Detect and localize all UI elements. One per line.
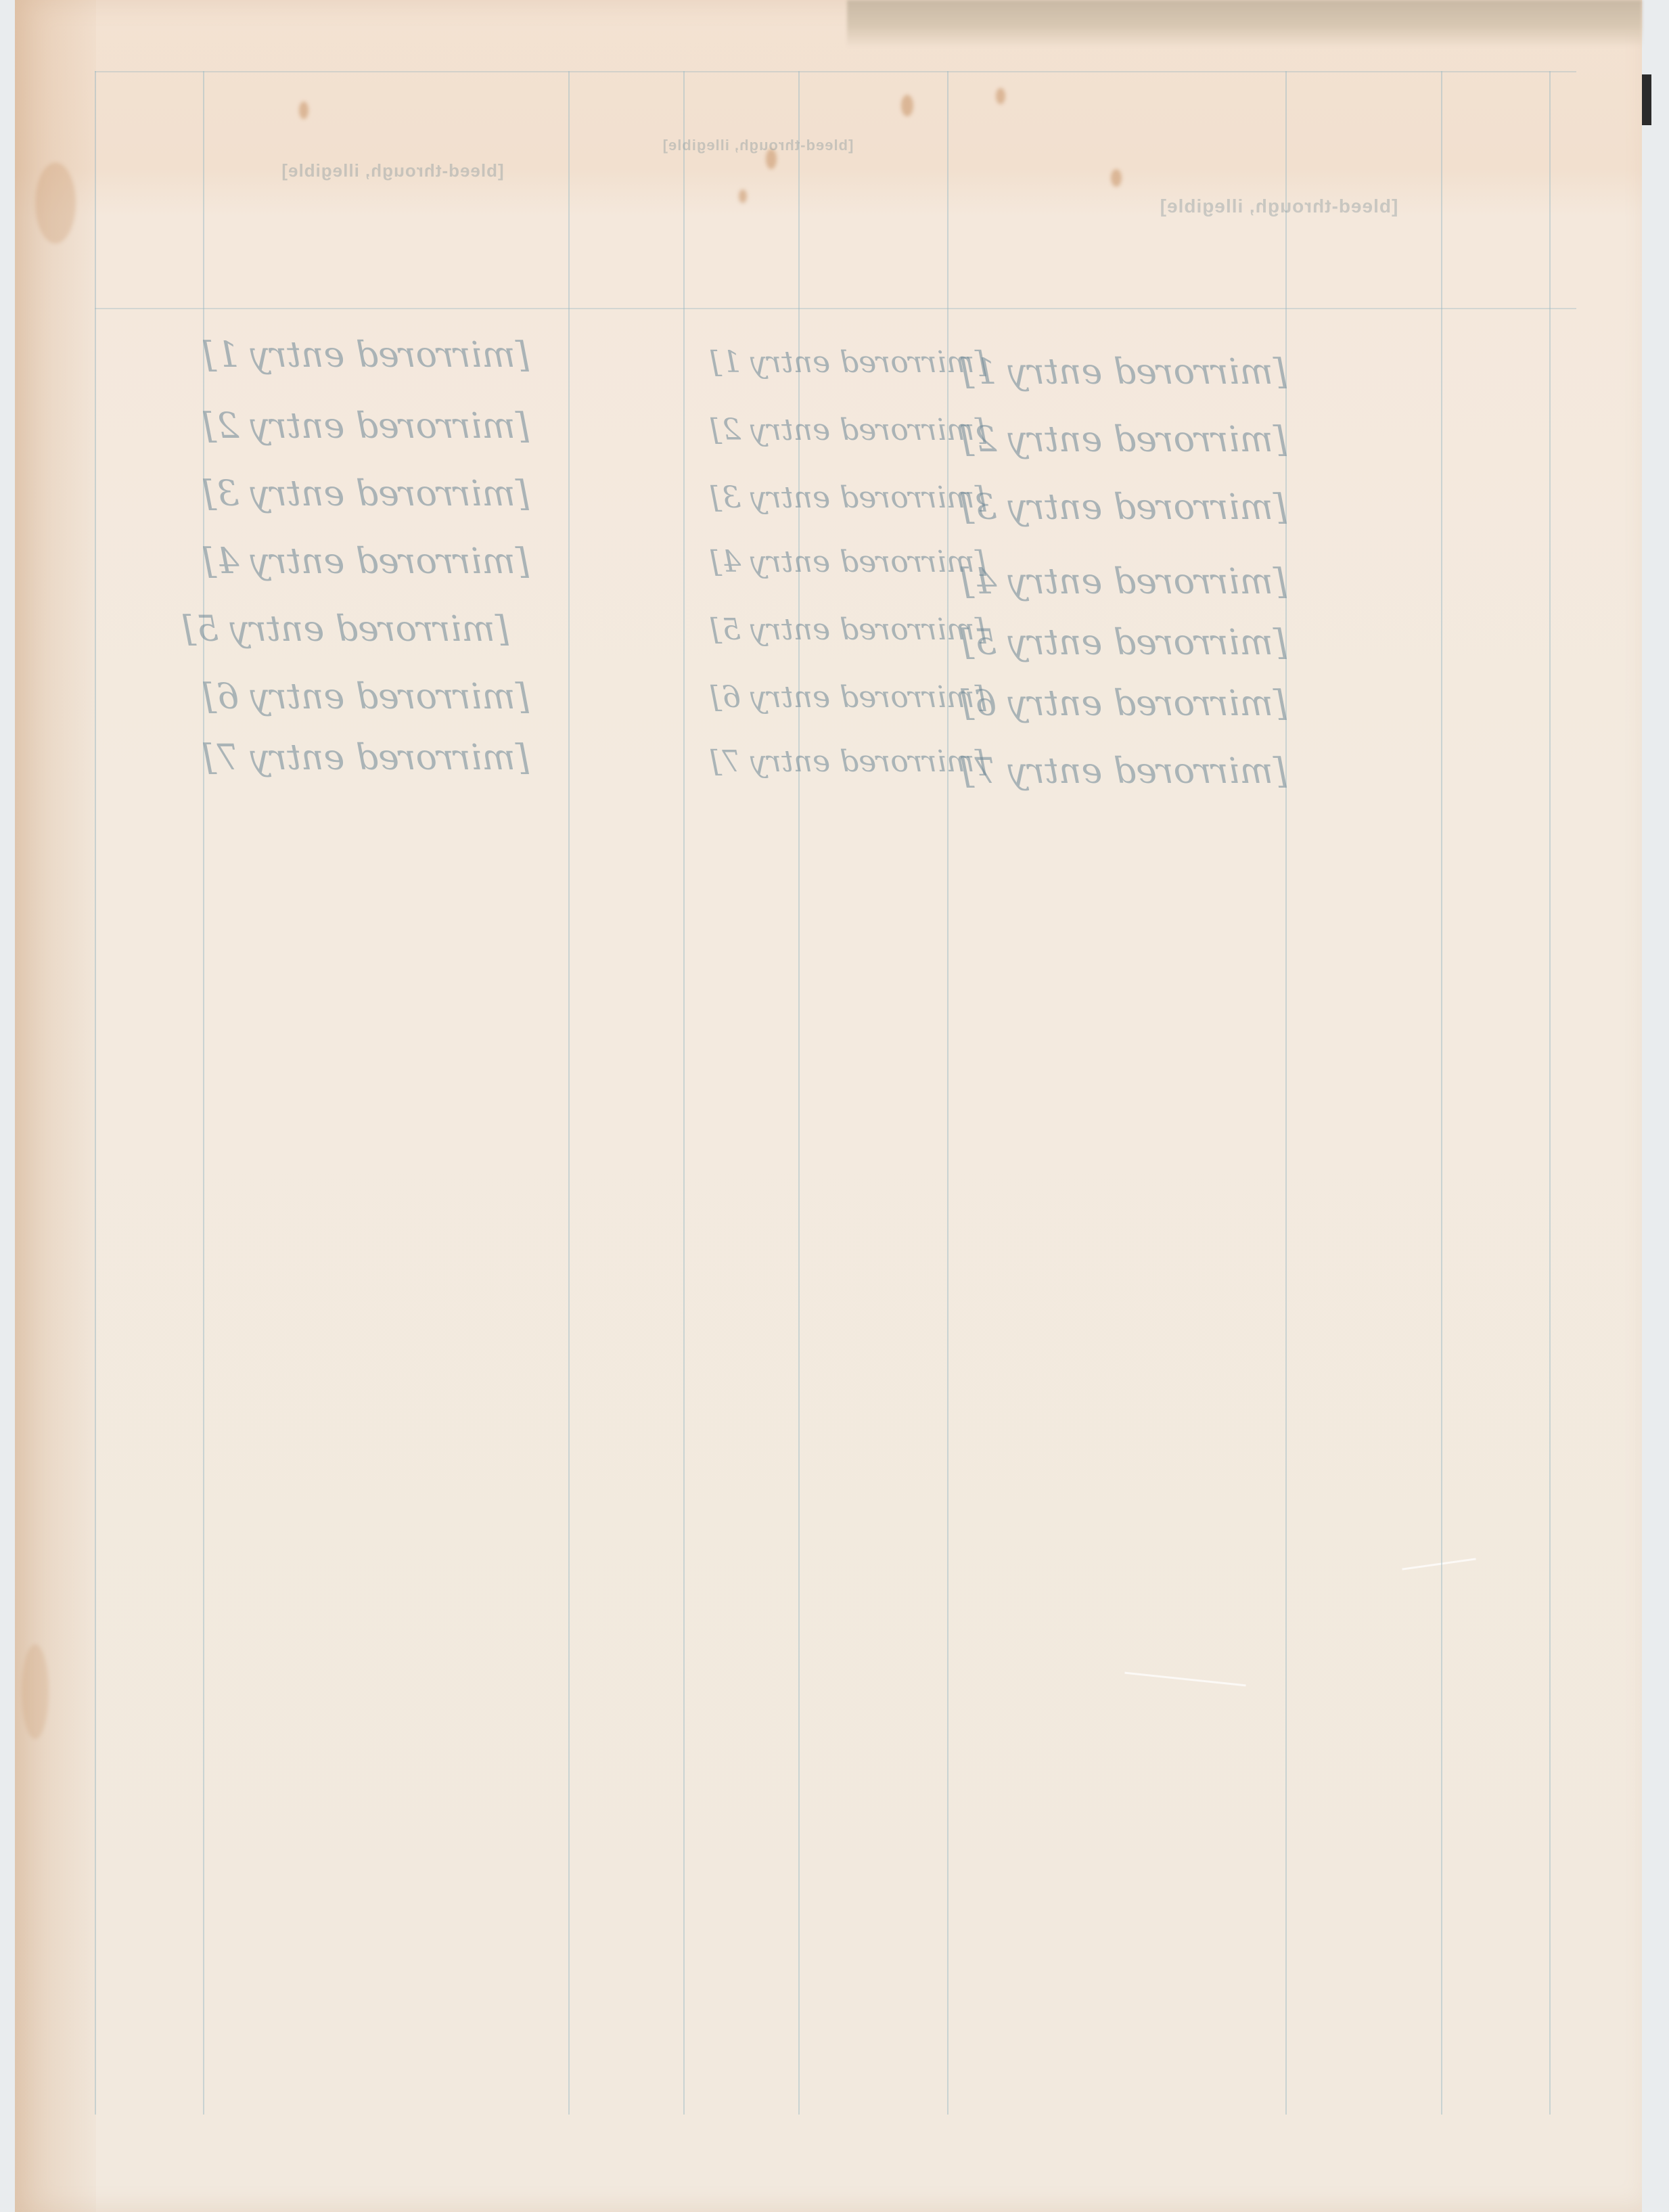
bleed-entry: [mirrored entry 5] <box>961 623 1287 663</box>
bleed-entry: [mirrored entry 4] <box>203 541 529 582</box>
bleed-entry: [mirrored entry 7] <box>710 744 986 779</box>
foxing-spot <box>996 88 1005 104</box>
rule-top <box>95 71 1576 72</box>
header-bleed-narrow-cols: [bleed-through, illegible] <box>595 135 920 156</box>
bleed-entry: [mirrored entry 1] <box>961 352 1287 392</box>
bleed-entry: [mirrored entry 5] <box>710 612 986 647</box>
rule-header-bottom <box>95 308 1576 309</box>
header-bleed-right: [bleed-through, illegible] <box>1042 193 1515 220</box>
foxing-spot <box>22 1644 49 1739</box>
bleed-entry: [mirrored entry 3] <box>203 474 529 514</box>
bleed-entry: [mirrored entry 3] <box>710 480 986 515</box>
paper-sheet <box>15 0 1642 2212</box>
rule-col <box>203 71 204 2115</box>
bleed-entry: [mirrored entry 6] <box>203 677 529 717</box>
bleed-entry: [mirrored entry 1] <box>203 335 529 376</box>
foxing-spot <box>299 101 308 119</box>
rule-col <box>1549 71 1551 2115</box>
paper-crease <box>1124 1672 1245 1687</box>
foxing-spot <box>1111 169 1122 187</box>
scan-edge-shadow <box>1642 74 1651 125</box>
bleed-entry: [mirrored entry 4] <box>961 562 1287 602</box>
header-bleed-left: [bleed-through, illegible] <box>264 159 521 182</box>
torn-top-edge <box>847 0 1642 47</box>
bleed-entry: [mirrored entry 1] <box>710 345 986 380</box>
bleed-entry: [mirrored entry 7] <box>961 751 1287 792</box>
bleed-entry: [mirrored entry 4] <box>710 545 986 579</box>
foxing-spot <box>739 189 747 203</box>
bleed-entry: [mirrored entry 3] <box>961 487 1287 528</box>
rule-col <box>568 71 570 2115</box>
foxing-spot <box>901 95 913 116</box>
rule-col <box>95 71 96 2115</box>
bleed-entry: [mirrored entry 5] <box>183 609 509 650</box>
bleed-entry: [mirrored entry 2] <box>961 420 1287 460</box>
bleed-entry: [mirrored entry 2] <box>203 406 529 447</box>
rule-col <box>683 71 685 2115</box>
bleed-entry: [mirrored entry 7] <box>203 738 529 778</box>
edge-stain <box>15 0 96 2212</box>
foxing-spot <box>35 162 76 244</box>
paper-crease <box>1402 1558 1476 1570</box>
rule-col <box>1441 71 1442 2115</box>
bleed-entry: [mirrored entry 6] <box>961 683 1287 724</box>
bleed-entry: [mirrored entry 2] <box>710 413 986 447</box>
bleed-entry: [mirrored entry 6] <box>710 680 986 715</box>
